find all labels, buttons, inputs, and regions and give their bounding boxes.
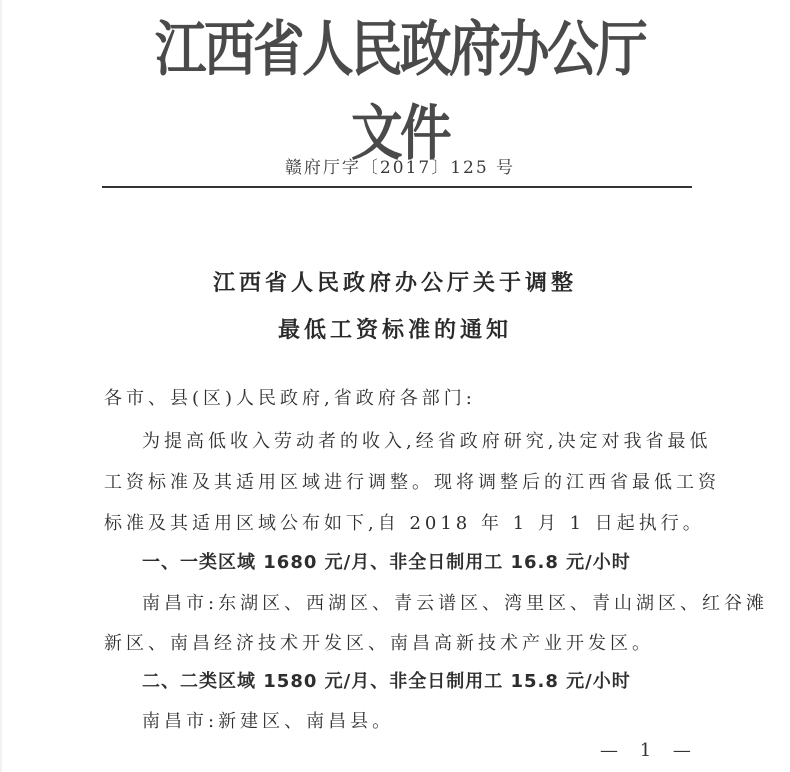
section-line: 新区、南昌经济技术开发区、南昌高新技术产业开发区。	[104, 629, 694, 655]
page-number: — 1 —	[600, 740, 699, 761]
issuer-header: 江西省人民政府办公厅文件	[142, 8, 658, 176]
section-heading-tier-2: 二、二类区域 1580 元/月、非全日制用工 15.8 元/小时	[142, 667, 732, 693]
document-title-line-1: 江西省人民政府办公厅关于调整	[150, 266, 640, 297]
header-divider	[102, 186, 692, 188]
section-line: 南昌市:新建区、南昌县。	[142, 707, 732, 733]
paragraph-line: 工资标准及其适用区域进行调整。现将调整后的江西省最低工资	[104, 468, 694, 494]
document-page: 江西省人民政府办公厅文件 赣府厅字〔2017〕125 号 江西省人民政府办公厅关…	[0, 0, 790, 772]
section-line: 南昌市:东湖区、西湖区、青云谱区、湾里区、青山湖区、红谷滩	[142, 589, 732, 615]
scan-edge	[0, 0, 2, 772]
paragraph-line: 标准及其适用区域公布如下,自 2018 年 1 月 1 日起执行。	[104, 509, 694, 535]
document-title-line-2: 最低工资标准的通知	[150, 313, 640, 344]
section-heading-tier-1: 一、一类区域 1680 元/月、非全日制用工 16.8 元/小时	[142, 548, 732, 574]
document-number: 赣府厅字〔2017〕125 号	[250, 153, 550, 178]
salutation: 各市、县(区)人民政府,省政府各部门:	[104, 384, 694, 410]
paragraph-line: 为提高低收入劳动者的收入,经省政府研究,决定对我省最低	[142, 427, 732, 453]
